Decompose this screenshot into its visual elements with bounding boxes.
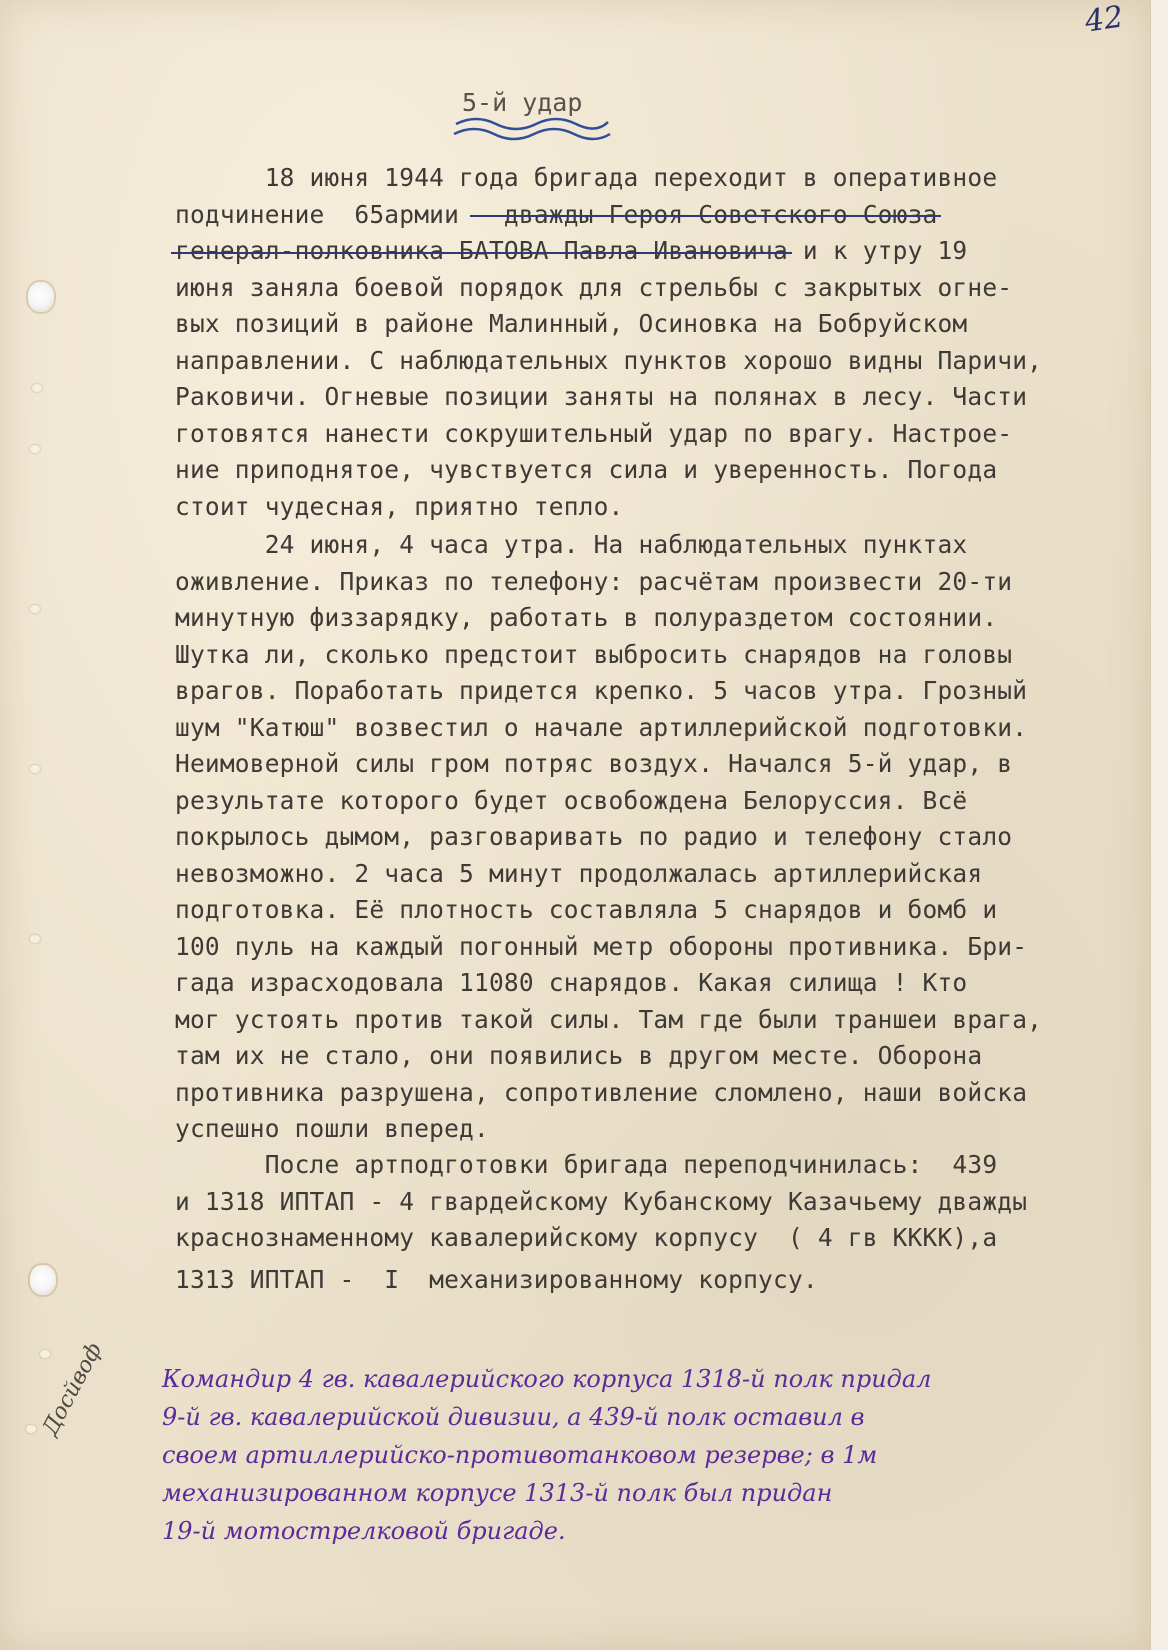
punch-mark — [32, 384, 42, 392]
text-segment: оживление. Приказ по телефону: расчётам … — [175, 567, 1012, 596]
text-segment: краснознаменному кавалерийскому корпусу … — [175, 1223, 997, 1252]
text-segment: мог устоять против такой силы. Там где б… — [175, 1005, 1042, 1034]
text-segment: Неимоверной силы гром потряс воздух. Нач… — [175, 749, 1012, 778]
punch-mark — [30, 605, 40, 613]
text-line: минутную физзарядку, работать в полуразд… — [175, 600, 1042, 637]
text-line: стоит чудесная, приятно тепло. — [175, 489, 1042, 526]
text-segment: После артподготовки бригада переподчинил… — [175, 1150, 997, 1179]
text-line: Раковичи. Огневые позиции заняты на поля… — [175, 379, 1042, 416]
text-segment: июня заняла боевой порядок для стрельбы … — [175, 273, 1012, 302]
text-line: Неимоверной силы гром потряс воздух. Нач… — [175, 746, 1042, 783]
text-line: 1313 ИПТАП - I механизированному корпусу… — [175, 1262, 818, 1299]
text-line: успешно пошли вперед. — [175, 1111, 1042, 1148]
handwritten-line: 9-й гв. кавалерийской дивизии, а 439-й п… — [162, 1398, 931, 1436]
text-segment: и к утру 19 — [788, 236, 967, 265]
punch-mark — [40, 1350, 50, 1358]
paragraph-1: 18 июня 1944 года бригада переходит в оп… — [175, 160, 1042, 525]
text-line: шум "Катюш" возвестил о начале артиллери… — [175, 710, 1042, 747]
text-line: краснознаменному кавалерийскому корпусу … — [175, 1220, 1027, 1257]
text-line: подчинение 65армии - дважды Героя Советс… — [175, 197, 1042, 234]
text-line: врагов. Поработать придется крепко. 5 ча… — [175, 673, 1042, 710]
text-segment: противника разрушена, сопротивление слом… — [175, 1078, 1027, 1107]
punch-hole — [30, 1265, 56, 1295]
text-segment: шум "Катюш" возвестил о начале артиллери… — [175, 713, 1027, 742]
text-segment: покрылось дымом, разговаривать по радио … — [175, 822, 1012, 851]
text-line: покрылось дымом, разговаривать по радио … — [175, 819, 1042, 856]
text-line: ние приподнятое, чувствуется сила и увер… — [175, 452, 1042, 489]
text-segment: Раковичи. Огневые позиции заняты на поля… — [175, 382, 1027, 411]
handwritten-line: механизированном корпусе 1313-й полк был… — [162, 1474, 931, 1512]
handwritten-line: Командир 4 гв. кавалерийского корпуса 13… — [162, 1360, 931, 1398]
text-segment: невозможно. 2 часа 5 минут продолжалась … — [175, 859, 982, 888]
paragraph-2: 24 июня, 4 часа утра. На наблюдательных … — [175, 527, 1042, 1148]
punch-mark — [30, 445, 40, 453]
text-segment: и 1318 ИПТАП - 4 гвардейскому Кубанскому… — [175, 1187, 1027, 1216]
text-segment: Шутка ли, сколько предстоит выбросить сн… — [175, 640, 1012, 669]
text-line: 24 июня, 4 часа утра. На наблюдательных … — [175, 527, 1042, 564]
text-segment: подчинение 65армии — [175, 200, 474, 229]
page-edge — [1150, 0, 1168, 1650]
punch-mark — [26, 1425, 36, 1433]
text-segment: 1313 ИПТАП - I механизированному корпусу… — [175, 1265, 818, 1294]
page-title: 5-й удар — [462, 88, 582, 117]
text-line: невозможно. 2 часа 5 минут продолжалась … — [175, 856, 1042, 893]
text-line: направлении. С наблюдательных пунктов хо… — [175, 343, 1042, 380]
text-line: мог устоять против такой силы. Там где б… — [175, 1002, 1042, 1039]
text-segment: результате которого будет освобождена Бе… — [175, 786, 967, 815]
punch-mark — [30, 765, 40, 773]
text-segment: там их не стало, они появились в другом … — [175, 1041, 982, 1070]
text-line: готовятся нанести сокрушительный удар по… — [175, 416, 1042, 453]
text-segment: 24 июня, 4 часа утра. На наблюдательных … — [175, 530, 967, 559]
text-line: и 1318 ИПТАП - 4 гвардейскому Кубанскому… — [175, 1184, 1027, 1221]
wavy-underline — [452, 114, 612, 142]
text-line: противника разрушена, сопротивление слом… — [175, 1075, 1042, 1112]
paragraph-3: После артподготовки бригада переподчинил… — [175, 1147, 1027, 1257]
text-line: оживление. Приказ по телефону: расчётам … — [175, 564, 1042, 601]
text-segment: направлении. С наблюдательных пунктов хо… — [175, 346, 1042, 375]
struck-text: генерал-полковника БАТОВА Павла Иванович… — [175, 236, 788, 265]
text-segment: готовятся нанести сокрушительный удар по… — [175, 419, 1012, 448]
text-segment: 18 июня 1944 года бригада переходит в оп… — [175, 163, 997, 192]
text-segment: 100 пуль на каждый погонный метр обороны… — [175, 932, 1027, 961]
text-segment: стоит чудесная, приятно тепло. — [175, 492, 624, 521]
text-segment: минутную физзарядку, работать в полуразд… — [175, 603, 997, 632]
text-line: Шутка ли, сколько предстоит выбросить сн… — [175, 637, 1042, 674]
text-line: подготовка. Её плотность составляла 5 сн… — [175, 892, 1042, 929]
punch-mark — [30, 935, 40, 943]
handwritten-annotation: Командир 4 гв. кавалерийского корпуса 13… — [162, 1360, 931, 1550]
text-line: 100 пуль на каждый погонный метр обороны… — [175, 929, 1042, 966]
text-line: июня заняла боевой порядок для стрельбы … — [175, 270, 1042, 307]
handwritten-line: 19-й мотострелковой бригаде. — [162, 1512, 931, 1550]
text-segment: гада израсходовала 11080 снарядов. Какая… — [175, 968, 967, 997]
handwritten-line: своем артиллерийско-противотанковом резе… — [162, 1436, 931, 1474]
text-line: там их не стало, они появились в другом … — [175, 1038, 1042, 1075]
text-line: 18 июня 1944 года бригада переходит в оп… — [175, 160, 1042, 197]
text-line: результате которого будет освобождена Бе… — [175, 783, 1042, 820]
text-segment: успешно пошли вперед. — [175, 1114, 489, 1143]
paragraph-4: 1313 ИПТАП - I механизированному корпусу… — [175, 1262, 818, 1299]
text-segment: ние приподнятое, чувствуется сила и увер… — [175, 455, 997, 484]
text-segment: вых позиций в районе Малинный, Осиновка … — [175, 309, 967, 338]
text-line: генерал-полковника БАТОВА Павла Иванович… — [175, 233, 1042, 270]
text-segment: подготовка. Её плотность составляла 5 сн… — [175, 895, 997, 924]
text-line: После артподготовки бригада переподчинил… — [175, 1147, 1027, 1184]
text-line: гада израсходовала 11080 снарядов. Какая… — [175, 965, 1042, 1002]
punch-hole — [28, 282, 54, 312]
text-line: вых позиций в районе Малинный, Осиновка … — [175, 306, 1042, 343]
page-number: 42 — [1083, 0, 1126, 39]
struck-text: - дважды Героя Советского Союза — [474, 200, 937, 229]
text-segment: врагов. Поработать придется крепко. 5 ча… — [175, 676, 1027, 705]
